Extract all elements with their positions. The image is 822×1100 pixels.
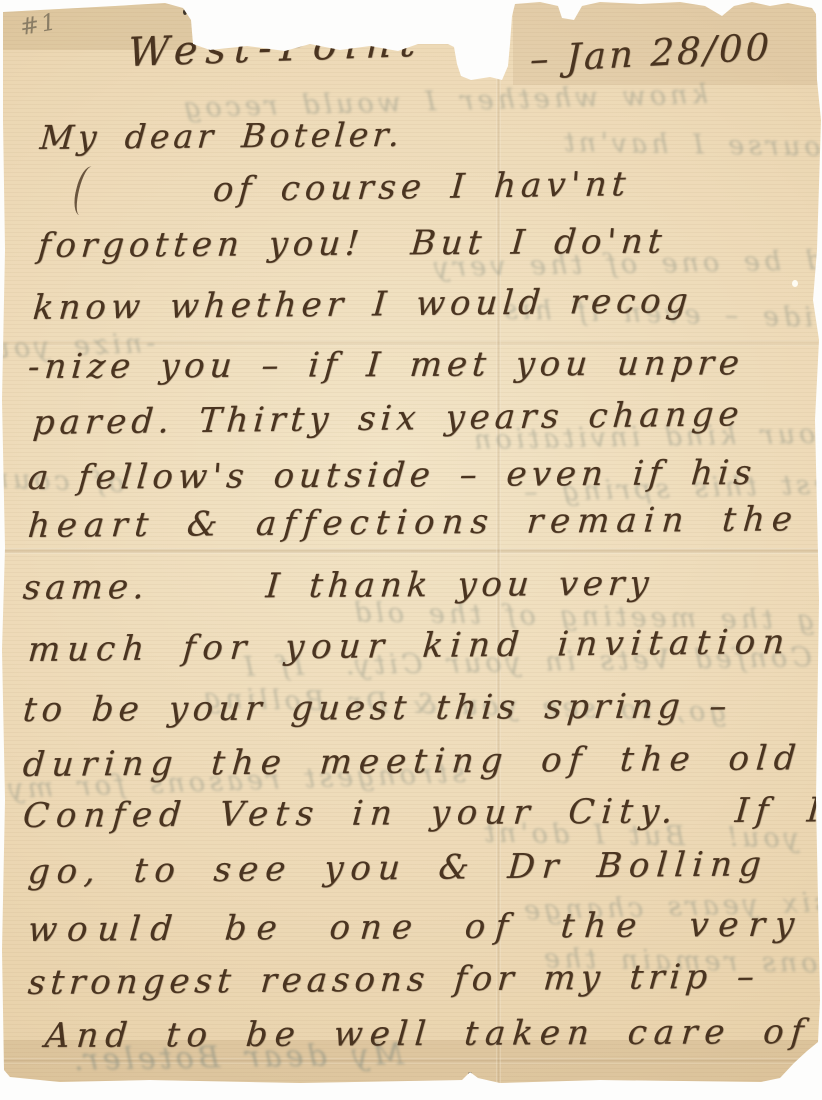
letter-line: to be your guest this spring – (21, 686, 733, 730)
paper-speck (468, 1072, 472, 1077)
letter-line: And to be well taken care of (43, 1012, 812, 1056)
letter-line: -nize you – if I met you unpre (26, 343, 745, 387)
fold-crease-horizontal (0, 548, 822, 554)
letter-line: forgotten you! But I do'nt (36, 222, 668, 266)
letter-line: Confed Vets in your City. If I (21, 790, 822, 836)
pencil-page-number: #1 (18, 9, 60, 41)
dateline-place: West-Point V (127, 17, 488, 76)
letter-line: during the meeting of the old (21, 738, 804, 785)
letter-line: would be one of the very (26, 905, 805, 950)
dateline-date: – Jan 28/00 (530, 25, 773, 81)
letter-line: strongest reasons for my trip – (26, 957, 760, 1003)
paper-speck (0, 516, 3, 550)
paper-speck (183, 9, 187, 15)
letter-line: much for your kind invitation (26, 622, 792, 670)
scanned-letter-page: know whether I would recog of course I h… (0, 0, 822, 1100)
letter-line: a fellow's outside – even if his (26, 453, 757, 498)
letter-line: heart & affections remain the (26, 499, 800, 546)
bleed-through-writing: of course I hav'nt (560, 127, 822, 164)
salutation: My dear Boteler. (38, 115, 404, 157)
pen-flourish-mark (70, 164, 101, 217)
letter-paper: know whether I would recog of course I h… (0, 0, 822, 1100)
letter-line: of course I hav'nt (212, 164, 632, 210)
letter-line: know whether I would recog (31, 281, 694, 328)
white-fleck (792, 280, 798, 287)
letter-line: go, to see you & Dr Bolling (26, 844, 769, 892)
paper-speck (0, 152, 2, 168)
letter-line: same. I thank you very (21, 564, 655, 608)
